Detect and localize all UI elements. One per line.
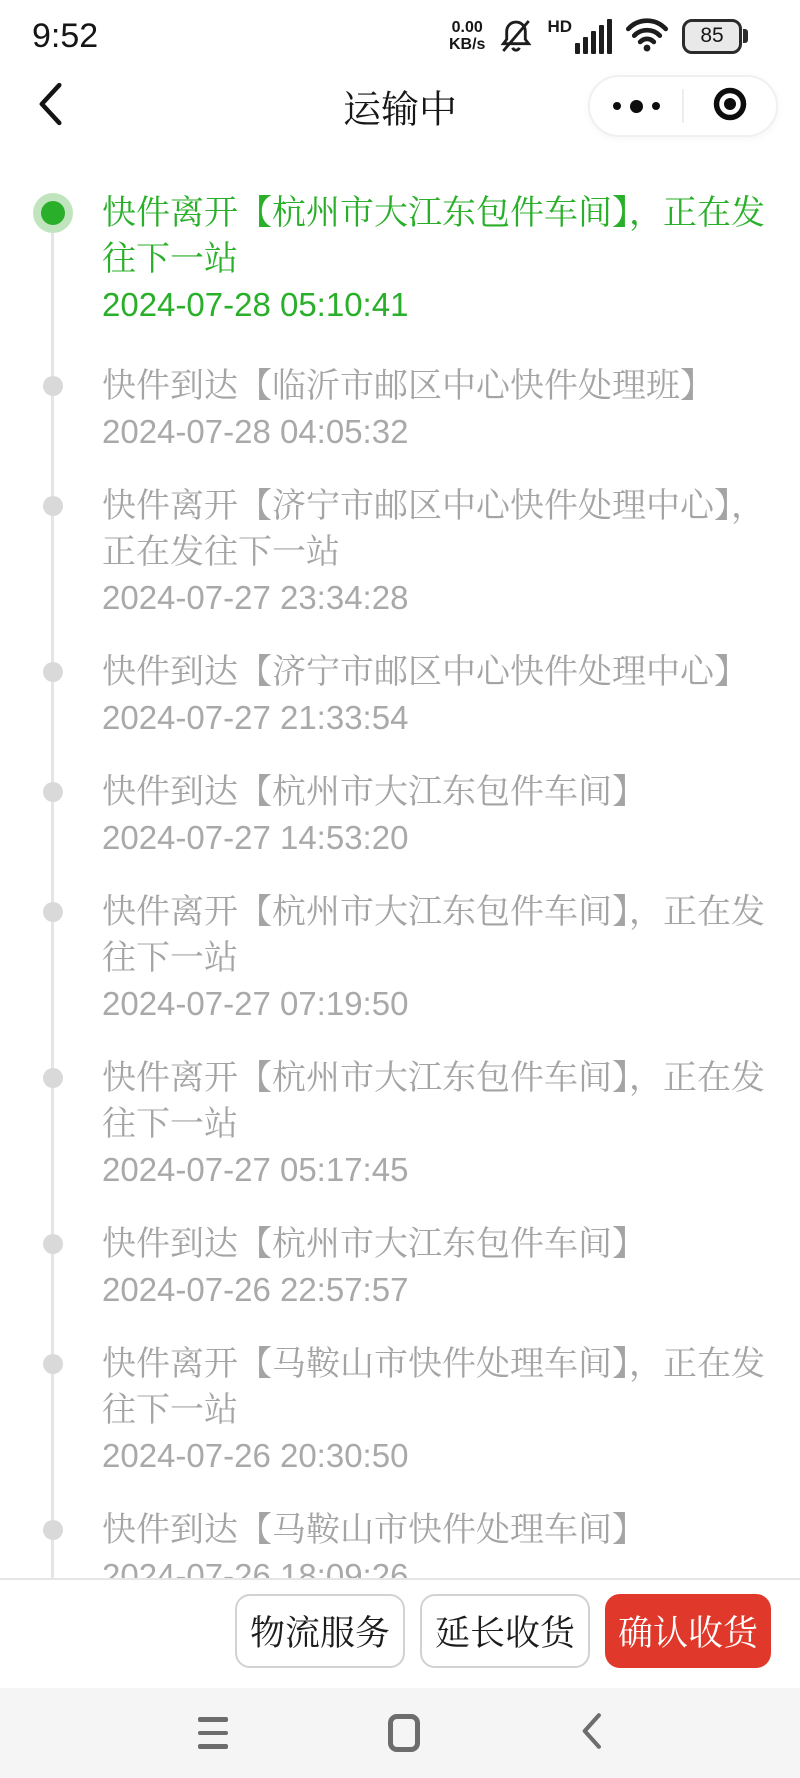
bell-muted-icon [498,17,534,55]
entry-status-text: 快件离开【杭州市大江东包件车间】，正在发往下一站 [102,889,770,981]
status-icons: 0.00 KB/s HD 85 [449,16,750,57]
network-speed-unit: KB/s [449,36,485,53]
timeline-entry: 快件到达【临沂市邮区中心快件处理班】 2024-07-28 04:05:32 [102,363,770,455]
nav-recents-button[interactable] [198,1717,228,1749]
back-button[interactable] [26,78,74,134]
entry-timestamp: 2024-07-28 05:10:41 [102,282,770,328]
entry-status-text: 快件离开【杭州市大江东包件车间】，正在发往下一站 [102,1055,770,1147]
entry-timestamp: 2024-07-26 22:57:57 [102,1267,770,1313]
timeline-entry: 快件离开【杭州市大江东包件车间】，正在发往下一站 2024-07-27 05:1… [102,1055,770,1193]
entry-status-text: 快件离开【马鞍山市快件处理车间】，正在发往下一站 [102,1341,770,1433]
status-bar: 9:52 0.00 KB/s HD 85 [0,0,800,62]
entry-timestamp: 2024-07-27 23:34:28 [102,575,770,621]
timeline-dot-icon [43,782,63,802]
timeline-dot-icon [43,496,63,516]
timeline-dot-icon [43,902,63,922]
navigation-header: 运输中 [0,62,800,150]
hd-badge: HD [547,18,572,35]
timeline-entry: 快件离开【杭州市大江东包件车间】，正在发往下一站 2024-07-28 05:1… [102,190,770,328]
miniprogram-capsule [588,75,778,137]
entry-timestamp: 2024-07-27 05:17:45 [102,1147,770,1193]
timeline-dot-icon [43,1354,63,1374]
entry-timestamp: 2024-07-27 21:33:54 [102,695,770,741]
timeline-dot-icon [41,201,65,225]
tracking-content: 快件离开【杭州市大江东包件车间】，正在发往下一站 2024-07-28 05:1… [0,150,800,1778]
confirm-receipt-button[interactable]: 确认收货 [605,1594,771,1668]
entry-status-text: 快件到达【临沂市邮区中心快件处理班】 [102,363,770,409]
exit-button[interactable] [684,77,776,135]
timeline-entry: 快件离开【济宁市邮区中心快件处理中心】，正在发往下一站 2024-07-27 2… [102,483,770,621]
timeline-dot-icon [43,662,63,682]
entry-status-text: 快件离开【济宁市邮区中心快件处理中心】，正在发往下一站 [102,483,770,575]
entry-timestamp: 2024-07-26 20:30:50 [102,1433,770,1479]
battery-level-text: 85 [700,24,723,48]
entry-status-text: 快件到达【杭州市大江东包件车间】 [102,769,770,815]
timeline-dot-icon [43,376,63,396]
ellipsis-icon [613,100,660,113]
entry-status-text: 快件到达【杭州市大江东包件车间】 [102,1221,770,1267]
entry-timestamp: 2024-07-27 14:53:20 [102,815,770,861]
timeline-entry: 快件离开【杭州市大江东包件车间】，正在发往下一站 2024-07-27 07:1… [102,889,770,1027]
timeline-list: 快件离开【杭州市大江东包件车间】，正在发往下一站 2024-07-28 05:1… [0,150,800,1778]
entry-status-text: 快件到达【济宁市邮区中心快件处理中心】 [102,649,770,695]
entry-status-text: 快件到达【马鞍山市快件处理车间】 [102,1507,770,1553]
entry-timestamp: 2024-07-28 04:05:32 [102,409,770,455]
timeline-entry: 快件到达【杭州市大江东包件车间】 2024-07-26 22:57:57 [102,1221,770,1313]
nav-home-button[interactable] [388,1714,420,1752]
timeline-dot-icon [43,1520,63,1540]
timeline-entry: 快件离开【马鞍山市快件处理车间】，正在发往下一站 2024-07-26 20:3… [102,1341,770,1479]
nav-back-button[interactable] [580,1711,602,1756]
android-nav-bar [0,1688,800,1778]
back-chevron-icon [37,81,63,132]
action-bar: 物流服务 延长收货 确认收货 [0,1578,800,1688]
signal-bars-icon [575,18,612,54]
menu-icon [198,1717,228,1749]
target-circle-icon [711,85,749,128]
more-button[interactable] [590,77,682,135]
entry-status-text: 快件离开【杭州市大江东包件车间】，正在发往下一站 [102,190,770,282]
network-speed-value: 0.00 [449,19,485,36]
timeline-dot-icon [43,1068,63,1088]
page-title: 运输中 [343,79,457,134]
home-square-icon [388,1714,420,1752]
network-speed-text: 0.00 KB/s [449,19,485,53]
wifi-icon [625,16,669,57]
timeline-entry: 快件到达【济宁市邮区中心快件处理中心】 2024-07-27 21:33:54 [102,649,770,741]
logistics-service-button[interactable]: 物流服务 [235,1594,405,1668]
nav-back-chevron-icon [580,1711,602,1756]
entry-timestamp: 2024-07-27 07:19:50 [102,981,770,1027]
cellular-signal-icon: HD [547,18,612,54]
battery-indicator: 85 [682,19,742,54]
extend-receipt-button[interactable]: 延长收货 [420,1594,590,1668]
clock-text: 9:52 [32,17,98,56]
timeline-dot-icon [43,1234,63,1254]
timeline-entry: 快件到达【杭州市大江东包件车间】 2024-07-27 14:53:20 [102,769,770,861]
